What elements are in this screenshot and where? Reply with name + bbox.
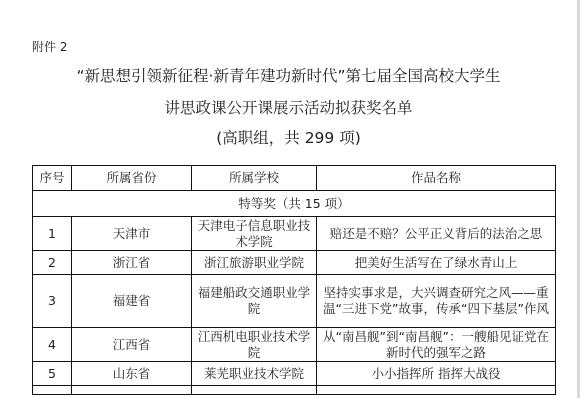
row-number: 4 — [33, 328, 72, 362]
table-row: 3 福建省 福建船政交通职业学院 坚持实事求是，大兴调查研究之风——重温“三进下… — [33, 275, 556, 328]
row-province: 浙江省 — [72, 251, 192, 275]
row-work-title: 赔还是不赔？公平正义背后的法治之思 — [317, 217, 556, 251]
row-number: 3 — [33, 275, 72, 328]
table-header-row: 序号 所属省份 所属学校 作品名称 — [33, 166, 556, 191]
row-school: 天津电子信息职业技术学院 — [192, 217, 317, 251]
row-school: 江西机电职业技术学院 — [192, 328, 317, 362]
table-row: 1 天津市 天津电子信息职业技术学院 赔还是不赔？公平正义背后的法治之思 — [33, 217, 556, 251]
table-row: 5 山东省 莱芜职业技术学院 小小指挥所 指挥大战役 — [33, 362, 556, 386]
row-number: 5 — [33, 362, 72, 386]
header-school: 所属学校 — [192, 166, 317, 191]
row-province: 天津市 — [72, 217, 192, 251]
header-number: 序号 — [33, 166, 72, 191]
document-page: 附件 2 “新思想引领新征程·新青年建功新时代”第七届全国高校大学生 讲思政课公… — [0, 0, 577, 398]
document-title-line-2: 讲思政课公开课展示活动拟获奖名单 — [0, 96, 577, 118]
attachment-label: 附件 2 — [32, 38, 67, 55]
row-school: 莱芜职业技术学院 — [192, 362, 317, 386]
section-row-grand-prize: 特等奖（共 15 项） — [33, 191, 556, 217]
cell-cut — [33, 386, 72, 395]
row-work-title: 坚持实事求是，大兴调查研究之风——重温“三进下党”故事，传承“四下基层”作风 — [317, 275, 556, 328]
row-province: 福建省 — [72, 275, 192, 328]
document-subtitle: (高职组，共 299 项) — [0, 126, 577, 148]
document-title-line-1: “新思想引领新征程·新青年建功新时代”第七届全国高校大学生 — [0, 64, 577, 86]
section-label: 特等奖（共 15 项） — [33, 191, 556, 217]
table-row-partial — [33, 386, 556, 395]
header-work-title: 作品名称 — [317, 166, 556, 191]
cell-cut — [317, 386, 556, 395]
header-province: 所属省份 — [72, 166, 192, 191]
cell-cut — [192, 386, 317, 395]
row-number: 2 — [33, 251, 72, 275]
row-province: 山东省 — [72, 362, 192, 386]
table-row: 2 浙江省 浙江旅游职业学院 把美好生活写在了绿水青山上 — [33, 251, 556, 275]
row-school: 福建船政交通职业学院 — [192, 275, 317, 328]
row-work-title: 把美好生活写在了绿水青山上 — [317, 251, 556, 275]
row-work-title: 小小指挥所 指挥大战役 — [317, 362, 556, 386]
cell-cut — [72, 386, 192, 395]
row-school: 浙江旅游职业学院 — [192, 251, 317, 275]
award-table: 序号 所属省份 所属学校 作品名称 特等奖（共 15 项） 1 天津市 天津电子… — [32, 165, 556, 395]
row-work-title: 从“南昌舰”到“南昌舰”：一艘船见证党在新时代的强军之路 — [317, 328, 556, 362]
row-number: 1 — [33, 217, 72, 251]
row-province: 江西省 — [72, 328, 192, 362]
table-row: 4 江西省 江西机电职业技术学院 从“南昌舰”到“南昌舰”：一艘船见证党在新时代… — [33, 328, 556, 362]
